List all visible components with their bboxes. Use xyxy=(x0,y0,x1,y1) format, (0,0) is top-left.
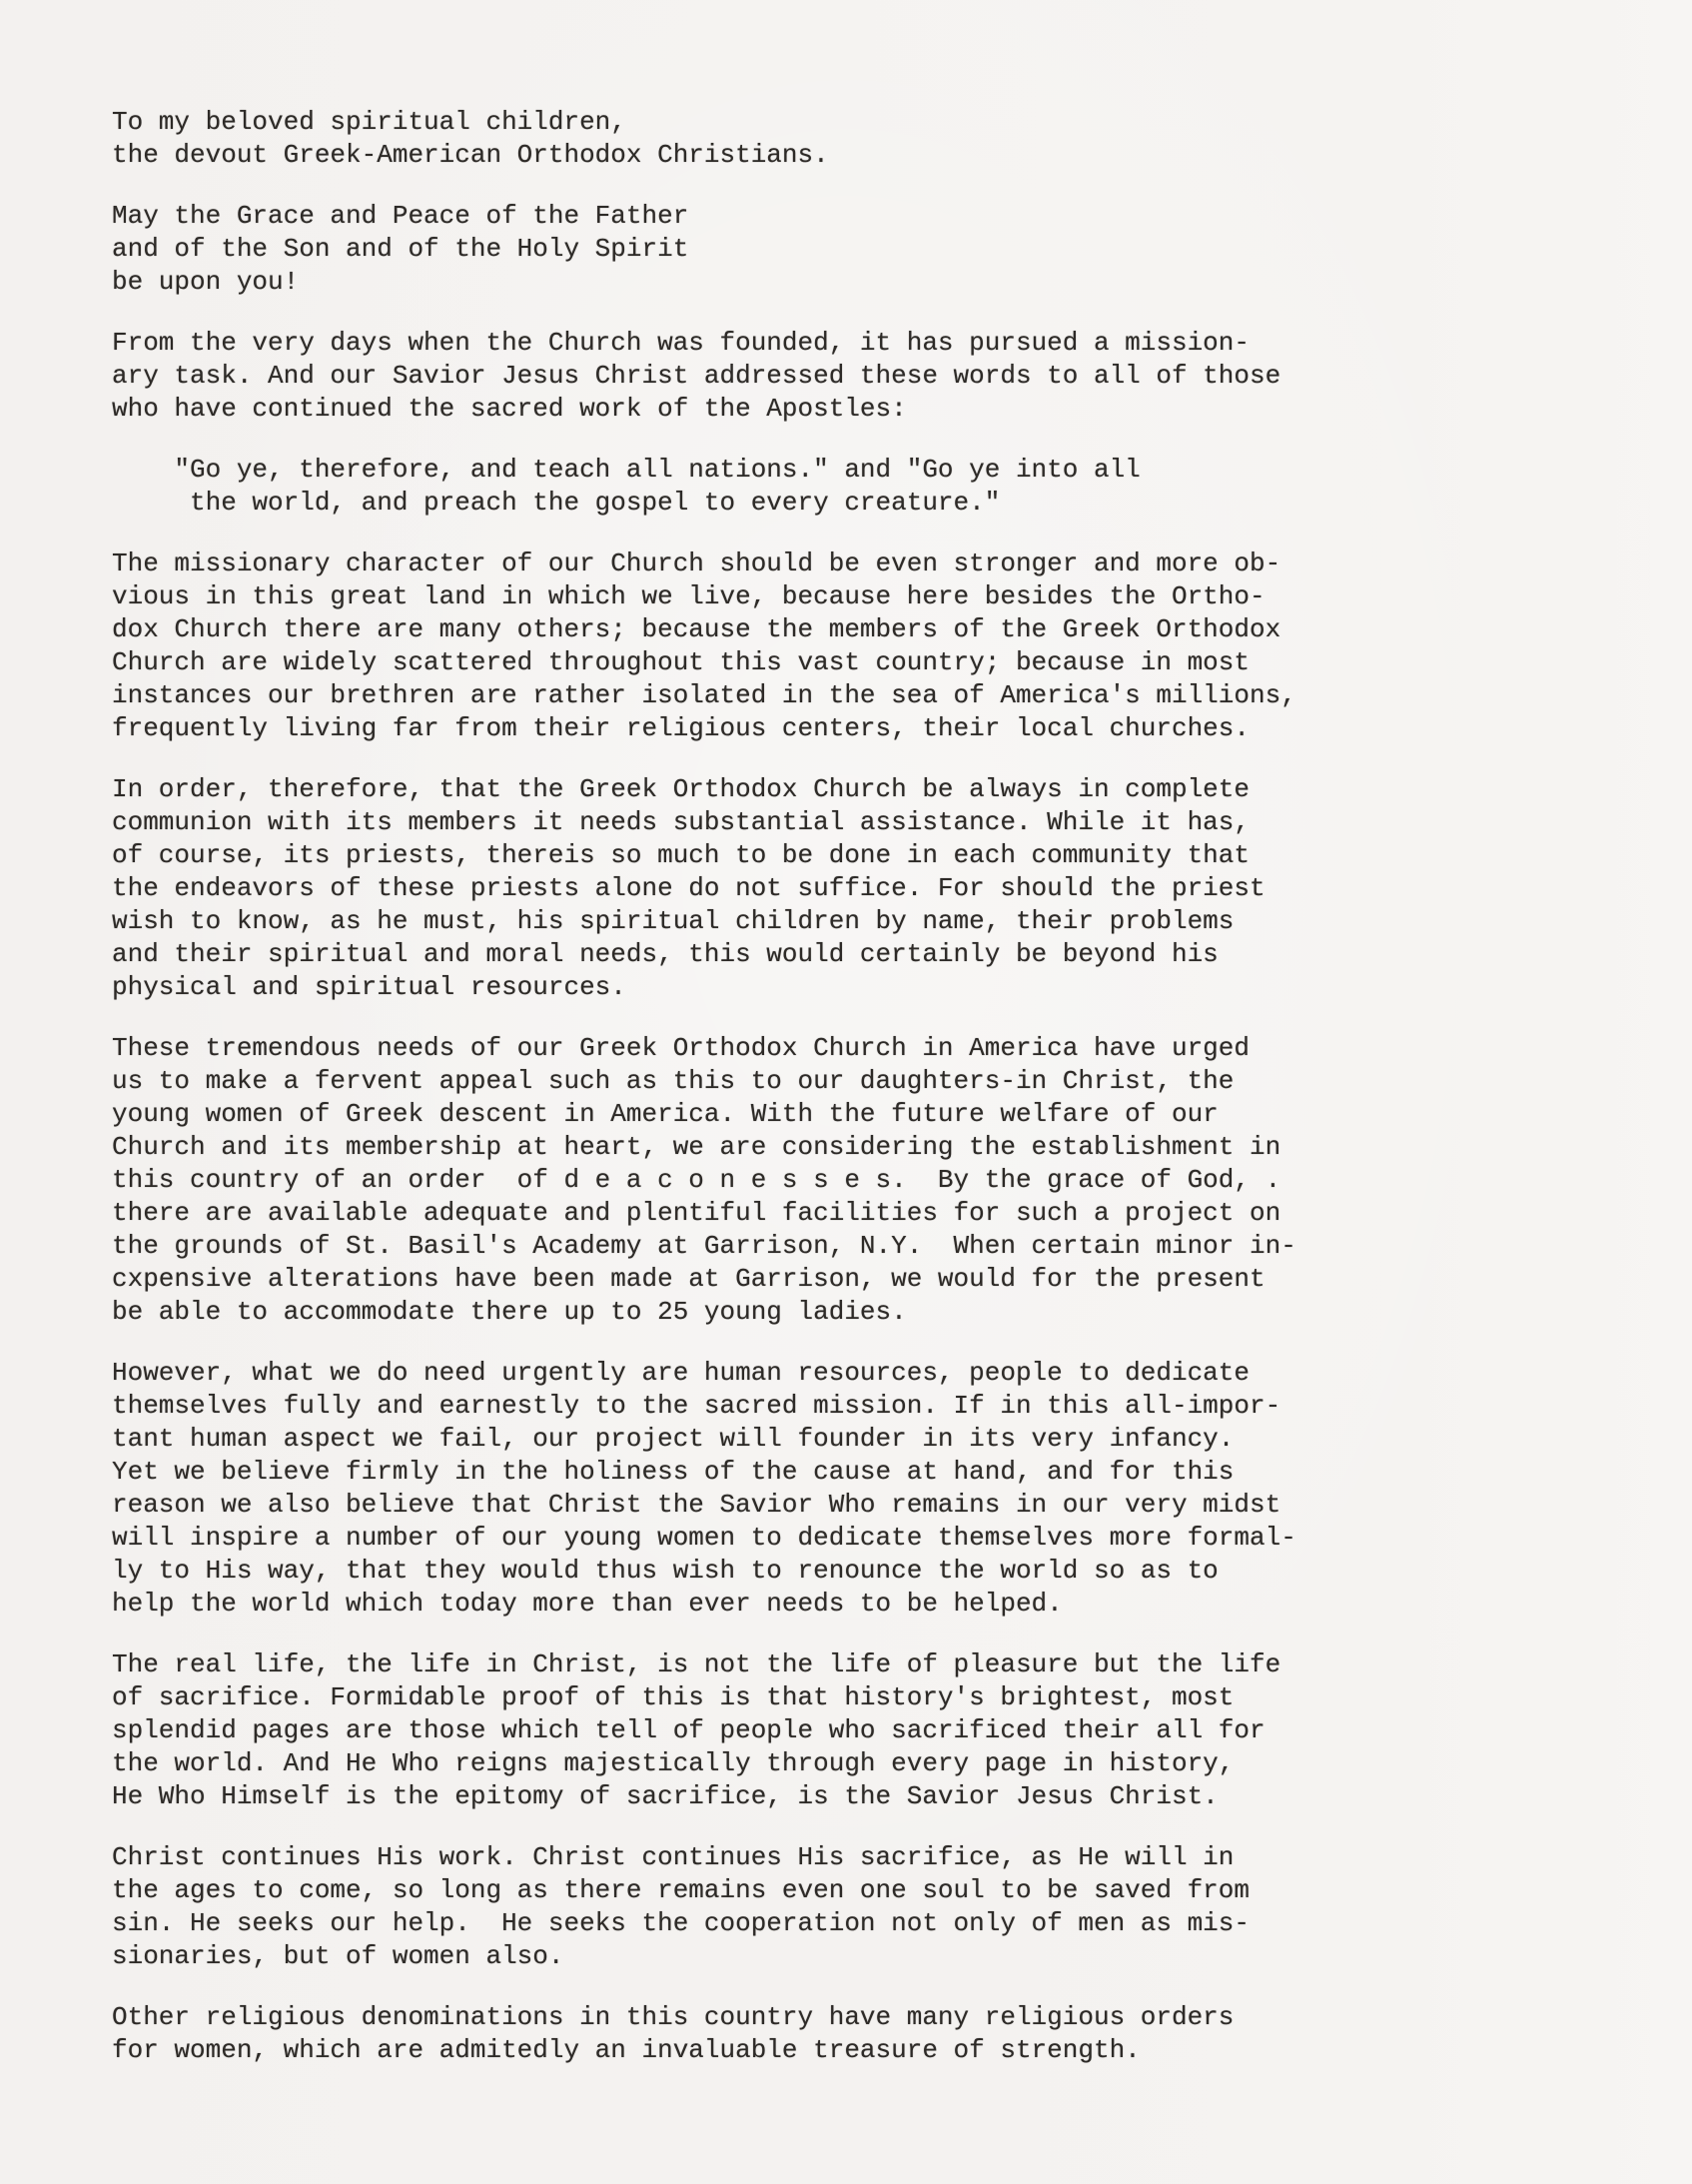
text-line: These tremendous needs of our Greek Orth… xyxy=(112,1032,1410,1065)
text-line: ly to His way, that they would thus wish… xyxy=(112,1555,1410,1588)
text-line: Christ continues His work. Christ contin… xyxy=(112,1841,1410,1874)
paragraph-missionary-character: The missionary character of our Church s… xyxy=(112,547,1410,745)
text-line: The real life, the life in Christ, is no… xyxy=(112,1648,1410,1681)
text-line: cxpensive alterations have been made at … xyxy=(112,1263,1410,1296)
text-line: us to make a fervent appeal such as this… xyxy=(112,1065,1410,1098)
text-line: To my beloved spiritual children, xyxy=(112,106,1410,139)
paragraph-communion-needs: In order, therefore, that the Greek Orth… xyxy=(112,773,1410,1004)
text-line: However, what we do need urgently are hu… xyxy=(112,1357,1410,1390)
text-line: sin. He seeks our help. He seeks the coo… xyxy=(112,1907,1410,1940)
text-line: Yet we believe firmly in the holiness of… xyxy=(112,1456,1410,1489)
text-line: communion with its members it needs subs… xyxy=(112,806,1410,839)
text-line: The missionary character of our Church s… xyxy=(112,547,1410,580)
text-line: for women, which are admitedly an invalu… xyxy=(112,2034,1410,2067)
text-line: the world. And He Who reigns majesticall… xyxy=(112,1747,1410,1780)
text-line: themselves fully and earnestly to the sa… xyxy=(112,1390,1410,1423)
text-line: Church are widely scattered throughout t… xyxy=(112,646,1410,679)
text-line: frequently living far from their religio… xyxy=(112,712,1410,745)
text-line: tant human aspect we fail, our project w… xyxy=(112,1423,1410,1456)
scripture-quote: "Go ye, therefore, and teach all nations… xyxy=(112,454,1410,520)
text-line: of sacrifice. Formidable proof of this i… xyxy=(112,1681,1410,1714)
text-line: He Who Himself is the epitomy of sacrifi… xyxy=(112,1780,1410,1813)
text-line: Other religious denominations in this co… xyxy=(112,2001,1410,2034)
text-line: help the world which today more than eve… xyxy=(112,1588,1410,1621)
text-line: May the Grace and Peace of the Father xyxy=(112,200,1410,233)
text-line: the devout Greek-American Orthodox Chris… xyxy=(112,139,1410,172)
letter-text-block: To my beloved spiritual children,the dev… xyxy=(112,106,1410,2095)
text-line: and their spiritual and moral needs, thi… xyxy=(112,938,1410,971)
text-line: wish to know, as he must, his spiritual … xyxy=(112,905,1410,938)
text-line: the ages to come, so long as there remai… xyxy=(112,1874,1410,1907)
text-line: physical and spiritual resources. xyxy=(112,971,1410,1004)
paragraph-christ-continues: Christ continues His work. Christ contin… xyxy=(112,1841,1410,1973)
text-line: of course, its priests, thereis so much … xyxy=(112,839,1410,872)
text-line: sionaries, but of women also. xyxy=(112,1940,1410,1973)
text-line: will inspire a number of our young women… xyxy=(112,1522,1410,1555)
paragraph-deaconesses: These tremendous needs of our Greek Orth… xyxy=(112,1032,1410,1329)
text-line: be upon you! xyxy=(112,266,1410,299)
text-line: the grounds of St. Basil's Academy at Ga… xyxy=(112,1230,1410,1263)
text-line: ary task. And our Savior Jesus Christ ad… xyxy=(112,360,1410,393)
text-line: Church and its membership at heart, we a… xyxy=(112,1131,1410,1164)
text-line: "Go ye, therefore, and teach all nations… xyxy=(112,454,1410,487)
text-line: In order, therefore, that the Greek Orth… xyxy=(112,773,1410,806)
text-line: the endeavors of these priests alone do … xyxy=(112,872,1410,905)
text-line: instances our brethren are rather isolat… xyxy=(112,679,1410,712)
salutation: To my beloved spiritual children,the dev… xyxy=(112,106,1410,172)
text-line: and of the Son and of the Holy Spirit xyxy=(112,233,1410,266)
text-line: be able to accommodate there up to 25 yo… xyxy=(112,1296,1410,1329)
greeting: May the Grace and Peace of the Fatherand… xyxy=(112,200,1410,299)
text-line: this country of an order of d e a c o n … xyxy=(112,1164,1410,1197)
paragraph-life-of-sacrifice: The real life, the life in Christ, is no… xyxy=(112,1648,1410,1813)
text-line: the world, and preach the gospel to ever… xyxy=(112,487,1410,520)
text-line: reason we also believe that Christ the S… xyxy=(112,1489,1410,1522)
text-line: vious in this great land in which we liv… xyxy=(112,580,1410,613)
text-line: young women of Greek descent in America.… xyxy=(112,1098,1410,1131)
text-line: dox Church there are many others; becaus… xyxy=(112,613,1410,646)
text-line: who have continued the sacred work of th… xyxy=(112,393,1410,426)
paragraph-missionary-task: From the very days when the Church was f… xyxy=(112,327,1410,426)
paragraph-other-denominations: Other religious denominations in this co… xyxy=(112,2001,1410,2067)
text-line: splendid pages are those which tell of p… xyxy=(112,1714,1410,1747)
paragraph-human-resources: However, what we do need urgently are hu… xyxy=(112,1357,1410,1621)
text-line: From the very days when the Church was f… xyxy=(112,327,1410,360)
text-line: there are available adequate and plentif… xyxy=(112,1197,1410,1230)
